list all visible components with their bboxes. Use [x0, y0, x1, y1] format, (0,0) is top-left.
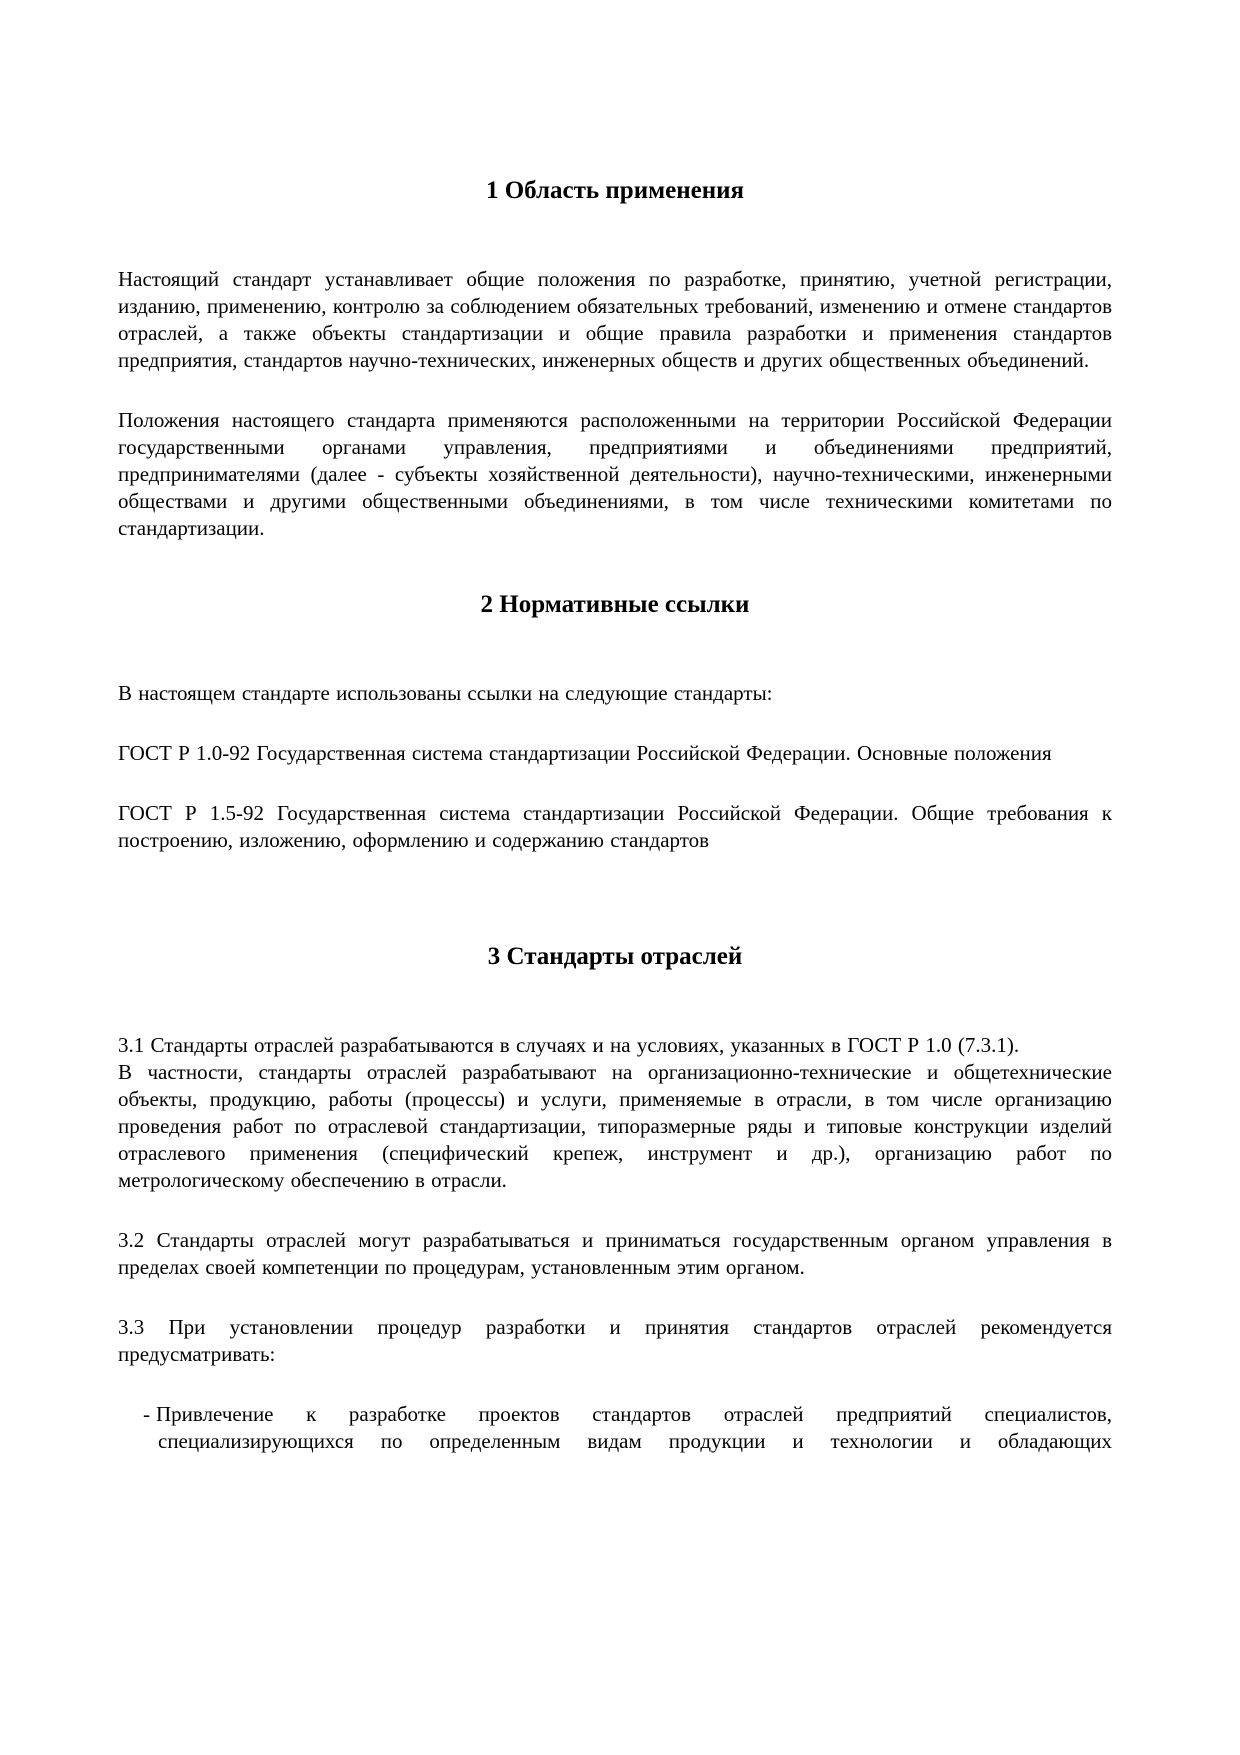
section-normative-references: 2 Нормативные ссылки В настоящем стандар…	[118, 590, 1112, 854]
list-item-dash: -	[143, 1402, 150, 1426]
paragraph-3-2: 3.2 Стандарты отраслей могут разрабатыва…	[118, 1227, 1112, 1281]
paragraph-3-1-continued: В частности, стандарты отраслей разрабат…	[118, 1059, 1112, 1194]
paragraph-gost-1-0-92: ГОСТ Р 1.0-92 Государственная система ст…	[118, 740, 1112, 767]
list-item-text: Привлечение к разработке проектов станда…	[156, 1402, 1112, 1453]
section-scope-of-application: 1 Область применения Настоящий стандарт …	[118, 176, 1112, 542]
document-page: 1 Область применения Настоящий стандарт …	[0, 0, 1240, 1755]
section-heading-normative-references: 2 Нормативные ссылки	[118, 590, 1112, 620]
section-heading-industry-standards: 3 Стандарты отраслей	[118, 942, 1112, 972]
paragraph-3-3: 3.3 При установлении процедур разработки…	[118, 1314, 1112, 1368]
section-heading-scope: 1 Область применения	[118, 176, 1112, 206]
list-item: -Привлечение к разработке проектов станд…	[118, 1401, 1112, 1455]
paragraph-3-1: 3.1 Стандарты отраслей разрабатываются в…	[118, 1032, 1112, 1059]
section-industry-standards: 3 Стандарты отраслей 3.1 Стандарты отрас…	[118, 942, 1112, 1455]
paragraph: Положения настоящего стандарта применяют…	[118, 407, 1112, 542]
paragraph-gost-1-5-92: ГОСТ Р 1.5-92 Государственная система ст…	[118, 800, 1112, 854]
paragraph: Настоящий стандарт устанавливает общие п…	[118, 266, 1112, 374]
paragraph: В настоящем стандарте использованы ссылк…	[118, 680, 1112, 707]
